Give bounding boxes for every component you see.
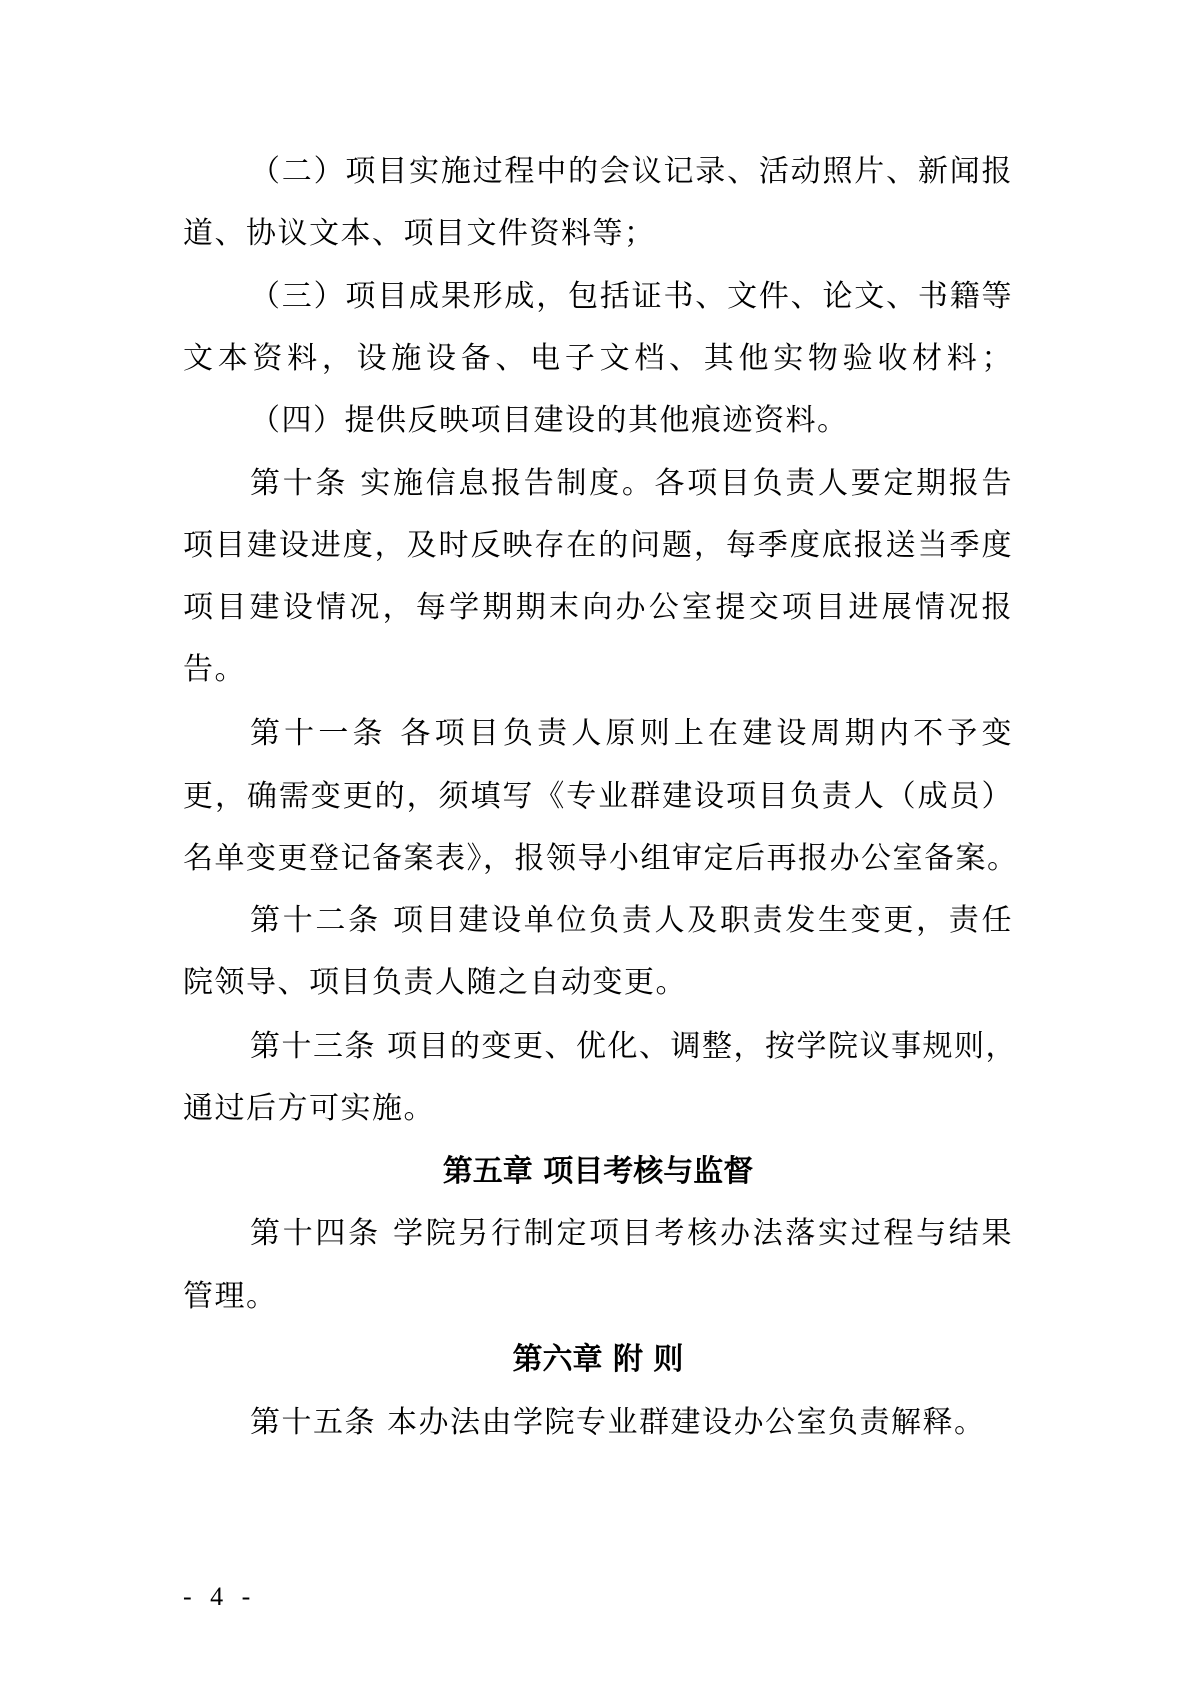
article-15: 第十五条 本办法由学院专业群建设办公室负责解释。 xyxy=(250,1403,1013,1443)
article-14: 第十四条 学院另行制定项目考核办法落实过程与结果 xyxy=(250,1214,1013,1254)
article-11: 第十一条 各项目负责人原则上在建设周期内不予变 xyxy=(250,714,1013,754)
article-10-line-2: 项目建设进度，及时反映存在的问题，每季度底报送当季度 xyxy=(183,526,1013,566)
page-number: - 4 - xyxy=(183,1580,256,1614)
list-item-2-cont: 道、协议文本、项目文件资料等； xyxy=(183,214,1013,254)
chapter-6-heading: 第六章 附 则 xyxy=(183,1340,1013,1380)
chapter-5-heading: 第五章 项目考核与监督 xyxy=(183,1152,1013,1192)
list-item-2: （二）项目实施过程中的会议记录、活动照片、新闻报 xyxy=(250,152,1013,192)
article-14-line-2: 管理。 xyxy=(183,1277,1013,1317)
list-item-4: （四）提供反映项目建设的其他痕迹资料。 xyxy=(250,401,1013,441)
list-item-3: （三）项目成果形成，包括证书、文件、论文、书籍等 xyxy=(250,277,1013,317)
article-12-line-2: 院领导、项目负责人随之自动变更。 xyxy=(183,963,1013,1003)
article-13: 第十三条 项目的变更、优化、调整，按学院议事规则， xyxy=(250,1027,1013,1067)
article-10-line-4: 告。 xyxy=(183,650,1013,690)
article-10-line-3: 项目建设情况，每学期期末向办公室提交项目进展情况报 xyxy=(183,588,1013,628)
article-12: 第十二条 项目建设单位负责人及职责发生变更，责任 xyxy=(250,901,1013,941)
document-page: （二）项目实施过程中的会议记录、活动照片、新闻报 道、协议文本、项目文件资料等；… xyxy=(0,0,1191,1684)
list-item-3-cont: 文本资料，设施设备、电子文档、其他实物验收材料； xyxy=(183,339,1013,379)
article-13-line-2: 通过后方可实施。 xyxy=(183,1089,1013,1129)
article-11-line-3: 名单变更登记备案表》，报领导小组审定后再报办公室备案。 xyxy=(183,839,1013,879)
article-10: 第十条 实施信息报告制度。各项目负责人要定期报告 xyxy=(250,464,1013,504)
article-11-line-2: 更，确需变更的，须填写《专业群建设项目负责人（成员） xyxy=(183,777,1013,817)
